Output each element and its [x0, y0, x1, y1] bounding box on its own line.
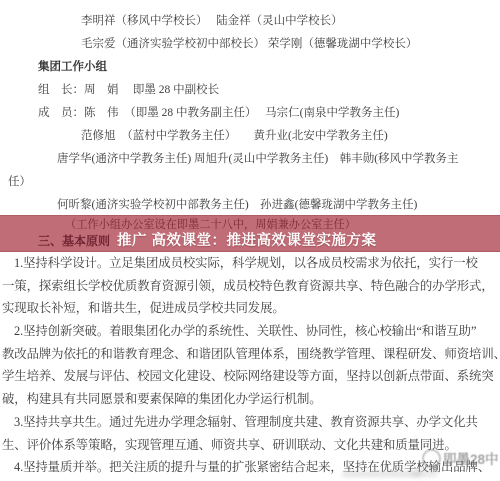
- roster-line: 唐学华(通济中学教务主任) 周旭升(灵山中学教务主任) 韩丰勋(移风中学教务主: [0, 148, 500, 171]
- paragraph-line: 2.坚持创新突破。着眼集团化办学的系统性、关联性、协同性，核心校输出“和谐互助”: [0, 320, 500, 343]
- paragraph-line: 1.坚持科学设计。立足集团成员校实际，科学规划，以各成员校需求为依托，实行一校: [0, 252, 500, 275]
- leadership-roster: 李明祥（移风中学校长） 陆金祥（灵山中学校长） 毛宗爱（通济实验学校初中部校长）…: [0, 10, 500, 217]
- roster-line: 李明祥（移风中学校长） 陆金祥（灵山中学校长）: [0, 10, 500, 33]
- title-banner: （工作小组办公室设在即墨二十八中，周娟兼办公室主任） 三、基本原则 推广 高效课…: [0, 215, 500, 252]
- roster-line-wrap: 任）: [0, 171, 500, 194]
- page-title: 推广 高效课堂：推进高效课堂实施方案: [117, 229, 377, 250]
- watermark-smudge: [342, 471, 422, 477]
- paragraph-line: 破，构建具有共同愿景和要素保障的集团化办学运行机制。: [0, 388, 500, 411]
- section-heading: 三、基本原则: [38, 232, 110, 249]
- workgroup-heading: 集团工作小组: [0, 56, 500, 79]
- banner-row: 三、基本原则 推广 高效课堂：推进高效课堂实施方案: [0, 233, 500, 252]
- paragraph-line: 教改品牌为依托的和谐教育理念、和谐团队管理体系，围绕教学管理、课程研发、师资培训…: [0, 343, 500, 366]
- paragraph-line: 生、评价体系等策略，实现管理互通、师资共享、研训联动、文化共建和质量同进。: [0, 434, 500, 457]
- roster-line: 范修旭 （蓝村中学教务主任） 黄升业(北安中学教务主任): [0, 125, 500, 148]
- roster-line-members: 成 员：陈 伟 （即墨 28 中教务副主任） 马宗仁(南泉中学教务主任): [0, 102, 500, 125]
- roster-line-leader: 组 长：周 娟 即墨 28 中副校长: [0, 79, 500, 102]
- paragraph-line: 学生培养、发展与评估、校园文化建设、校际网络建设等方面，坚持以创新点带面、系统突: [0, 365, 500, 388]
- roster-line: 何昕黎(通济实验学校初中部教务主任) 孙进鑫(德馨珑湖中学教务主任): [0, 194, 500, 217]
- paragraph-line: 3.坚持共享共生。通过先进办学理念辐射、管理制度共建、教育资源共享、办学文化共: [0, 411, 500, 434]
- principles-section: 1.坚持科学设计。立足集团成员校实际，科学规划，以各成员校需求为依托，实行一校 …: [0, 252, 500, 479]
- paragraph-line: 一策，探索组长学校优质教育资源引领，成员校特色教育资源共享、特色融合的办学形式，: [0, 275, 500, 298]
- roster-line: 毛宗爱（通济实验学校初中部校长） 荣学刚（德馨珑湖中学校长）: [0, 33, 500, 56]
- paragraph-line: 实现取长补短，和谐共生，促进成员学校共同发展。: [0, 297, 500, 320]
- watermark-smudge: [412, 469, 438, 477]
- document-page: 李明祥（移风中学校长） 陆金祥（灵山中学校长） 毛宗爱（通济实验学校初中部校长）…: [0, 0, 500, 481]
